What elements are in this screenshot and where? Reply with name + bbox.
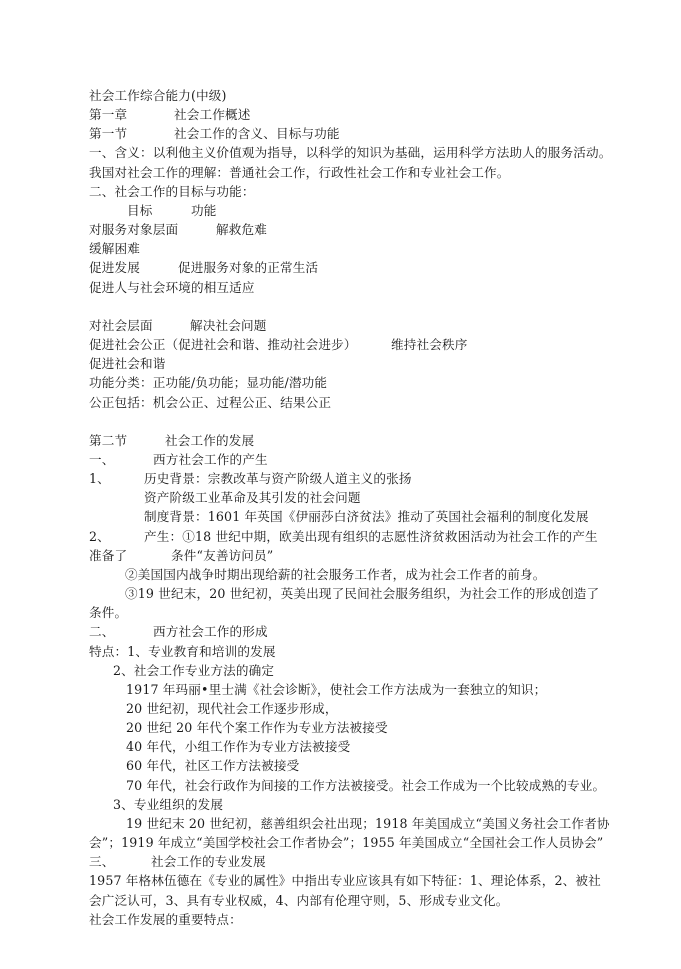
blank-line xyxy=(89,412,599,431)
item2-line: ③19 世纪末，20 世纪初，英美出现了民间社会服务组织，为社会工作的形成创造了 xyxy=(89,584,599,603)
item1-text: 资产阶级工业革命及其引发的社会问题 xyxy=(144,488,361,507)
part1-heading: 一、 西方社会工作的产生 xyxy=(89,450,599,469)
client-level-label: 对服务对象层面 xyxy=(89,220,178,239)
item2-text: ③19 世纪末，20 世纪初，英美出现了民间社会服务组织，为社会工作的形成创造了 xyxy=(125,584,599,603)
method-text: 20 世纪 20 年代个案工作作为专业方法被接受 xyxy=(126,718,388,737)
function-types-text: 功能分类：正功能/负功能；显功能/潜功能 xyxy=(89,373,327,392)
society-level-item: 解决社会问题 xyxy=(190,316,266,335)
document-body: 社会工作综合能力(中级) 第一章 社会工作概述 第一节 社会工作的含义、目标与功… xyxy=(89,86,599,929)
feature-line: 特点：1、专业教育和培训的发展 xyxy=(89,642,599,661)
part2-heading: 二、 西方社会工作的形成 xyxy=(89,622,599,641)
method-text: 1917 年玛丽•里士满《社会诊断》，使社会工作方法成为一套独立的知识； xyxy=(126,680,546,699)
part3-text: 1957 年格林伍德在《专业的属性》中指出专业应该具有如下特征：1、理论体系，2… xyxy=(89,871,601,890)
item2-text: 准备了 xyxy=(89,546,127,565)
method-line: 40 年代，小组工作作为专业方法被接受 xyxy=(89,737,599,756)
part3-text: 社会工作发展的重要特点： xyxy=(89,910,242,929)
client-level-item: 解救危难 xyxy=(216,220,267,239)
feature-text: 2、社会工作专业方法的确定 xyxy=(113,661,274,680)
part2-title: 西方社会工作的形成 xyxy=(153,622,268,641)
client-level-row: 促进发展 促进服务对象的正常生活 xyxy=(89,258,599,277)
goals-table-header: 目标 功能 xyxy=(89,201,599,220)
org-line: 会”；1919 年成立“美国学校社会工作者协会”；1955 年美国成立“全国社会… xyxy=(89,833,599,852)
item2-text: 产生：①18 世纪中期，欧美出现有组织的志愿性济贫救困活动为社会工作的产生 xyxy=(144,527,598,546)
method-line: 20 世纪 20 年代个案工作作为专业方法被接受 xyxy=(89,718,599,737)
document-page: 社会工作综合能力(中级) 第一章 社会工作概述 第一节 社会工作的含义、目标与功… xyxy=(0,0,681,969)
definition-text: 一、含义：以利他主义价值观为指导，以科学的知识为基础，运用科学方法助人的服务活动… xyxy=(89,143,612,162)
client-level-row: 对服务对象层面 解救危难 xyxy=(89,220,599,239)
item1-text: 制度背景：1601 年英国《伊丽莎白济贫法》推动了英国社会福利的制度化发展 xyxy=(144,507,589,526)
justice-text: 公正包括：机会公正、过程公正、结果公正 xyxy=(89,393,331,412)
justice-line: 公正包括：机会公正、过程公正、结果公正 xyxy=(89,393,599,412)
part1-title: 西方社会工作的产生 xyxy=(153,450,268,469)
part3-text: 会广泛认可，3、具有专业权威，4、内部有伦理守则，5、形成专业文化。 xyxy=(89,891,509,910)
part3-title: 社会工作的专业发展 xyxy=(151,852,266,871)
item1-text: 历史背景：宗教改革与资产阶级人道主义的张扬 xyxy=(144,469,412,488)
method-line: 1917 年玛丽•里士满《社会诊断》，使社会工作方法成为一套独立的知识； xyxy=(89,680,599,699)
org-text: 19 世纪末 20 世纪初，慈善组织会社出现；1918 年美国成立“美国义务社会… xyxy=(126,814,610,833)
client-level-item: 促进发展 xyxy=(89,258,140,277)
section2-heading: 第二节 社会工作的发展 xyxy=(89,431,599,450)
method-text: 60 年代，社区工作方法被接受 xyxy=(126,756,299,775)
society-level-label: 对社会层面 xyxy=(89,316,153,335)
part3-line: 会广泛认可，3、具有专业权威，4、内部有伦理守则，5、形成专业文化。 xyxy=(89,891,599,910)
item2-line: 条件。 xyxy=(89,603,599,622)
goal-column-header: 目标 xyxy=(127,201,153,220)
item1-line: 制度背景：1601 年英国《伊丽莎白济贫法》推动了英国社会福利的制度化发展 xyxy=(89,507,599,526)
item2-line: 2、 产生：①18 世纪中期，欧美出现有组织的志愿性济贫救困活动为社会工作的产生 xyxy=(89,527,599,546)
understanding-text: 我国对社会工作的理解：普通社会工作，行政性社会工作和专业社会工作。 xyxy=(89,163,510,182)
item2-text: ②美国国内战争时期出现给薪的社会服务工作者，成为社会工作者的前身。 xyxy=(125,565,546,584)
doc-title: 社会工作综合能力(中级) xyxy=(89,86,599,105)
org-text: 会”；1919 年成立“美国学校社会工作者协会”；1955 年美国成立“全国社会… xyxy=(89,833,603,852)
society-level-row: 促进社会公正（促进社会和谐、推动社会进步） 维持社会秩序 xyxy=(89,335,599,354)
society-level-item: 维持社会秩序 xyxy=(391,335,467,354)
part3-line: 1957 年格林伍德在《专业的属性》中指出专业应该具有如下特征：1、理论体系，2… xyxy=(89,871,599,890)
part3-heading: 三、 社会工作的专业发展 xyxy=(89,852,599,871)
method-line: 70 年代，社会行政作为间接的工作方法被接受。社会工作成为一个比较成熟的专业。 xyxy=(89,776,599,795)
function-types-line: 功能分类：正功能/负功能；显功能/潜功能 xyxy=(89,373,599,392)
item1-line: 1、 历史背景：宗教改革与资产阶级人道主义的张扬 xyxy=(89,469,599,488)
client-level-item: 缓解困难 xyxy=(89,239,140,258)
method-text: 20 世纪初，现代社会工作逐步形成， xyxy=(126,699,338,718)
section1-heading: 第一节 社会工作的含义、目标与功能 xyxy=(89,124,599,143)
item2-text: 条件。 xyxy=(89,603,127,622)
part2-num: 二、 xyxy=(89,622,115,641)
society-level-item: 促进社会和谐 xyxy=(89,354,165,373)
method-line: 20 世纪初，现代社会工作逐步形成， xyxy=(89,699,599,718)
section1-title: 社会工作的含义、目标与功能 xyxy=(174,124,340,143)
definition-line: 一、含义：以利他主义价值观为指导，以科学的知识为基础，运用科学方法助人的服务活动… xyxy=(89,143,599,162)
client-level-item: 促进服务对象的正常生活 xyxy=(178,258,318,277)
client-level-row: 缓解困难 xyxy=(89,239,599,258)
chapter-heading: 第一章 社会工作概述 xyxy=(89,105,599,124)
part3-num: 三、 xyxy=(89,852,115,871)
function-column-header: 功能 xyxy=(191,201,217,220)
goals-heading-text: 二、社会工作的目标与功能： xyxy=(89,182,255,201)
client-level-item: 促进人与社会环境的相互适应 xyxy=(89,278,255,297)
item2-line: 准备了 条件“友善访问员” xyxy=(89,546,599,565)
item2-line: ②美国国内战争时期出现给薪的社会服务工作者，成为社会工作者的前身。 xyxy=(89,565,599,584)
method-text: 40 年代，小组工作作为专业方法被接受 xyxy=(126,737,350,756)
chapter-label: 第一章 xyxy=(89,105,127,124)
feature-text: 3、专业组织的发展 xyxy=(113,795,223,814)
section2-label: 第二节 xyxy=(89,431,127,450)
society-level-row: 对社会层面 解决社会问题 xyxy=(89,316,599,335)
method-text: 70 年代，社会行政作为间接的工作方法被接受。社会工作成为一个比较成熟的专业。 xyxy=(126,776,605,795)
method-line: 60 年代，社区工作方法被接受 xyxy=(89,756,599,775)
society-level-row: 促进社会和谐 xyxy=(89,354,599,373)
client-level-row: 促进人与社会环境的相互适应 xyxy=(89,278,599,297)
part3-line: 社会工作发展的重要特点： xyxy=(89,910,599,929)
feature-line: 3、专业组织的发展 xyxy=(89,795,599,814)
item2-text: 条件“友善访问员” xyxy=(171,546,273,565)
org-line: 19 世纪末 20 世纪初，慈善组织会社出现；1918 年美国成立“美国义务社会… xyxy=(89,814,599,833)
section2-title: 社会工作的发展 xyxy=(165,431,254,450)
item1-num: 1、 xyxy=(89,469,110,488)
item2-num: 2、 xyxy=(89,527,110,546)
item1-line: 资产阶级工业革命及其引发的社会问题 xyxy=(89,488,599,507)
society-level-item: 促进社会公正（促进社会和谐、推动社会进步） xyxy=(89,335,357,354)
chapter-title: 社会工作概述 xyxy=(174,105,250,124)
blank-line xyxy=(89,297,599,316)
section1-label: 第一节 xyxy=(89,124,127,143)
goals-heading: 二、社会工作的目标与功能： xyxy=(89,182,599,201)
feature-line: 2、社会工作专业方法的确定 xyxy=(89,661,599,680)
doc-title-text: 社会工作综合能力(中级) xyxy=(89,86,227,105)
feature-text: 特点：1、专业教育和培训的发展 xyxy=(89,642,276,661)
understanding-line: 我国对社会工作的理解：普通社会工作，行政性社会工作和专业社会工作。 xyxy=(89,163,599,182)
part1-num: 一、 xyxy=(89,450,115,469)
